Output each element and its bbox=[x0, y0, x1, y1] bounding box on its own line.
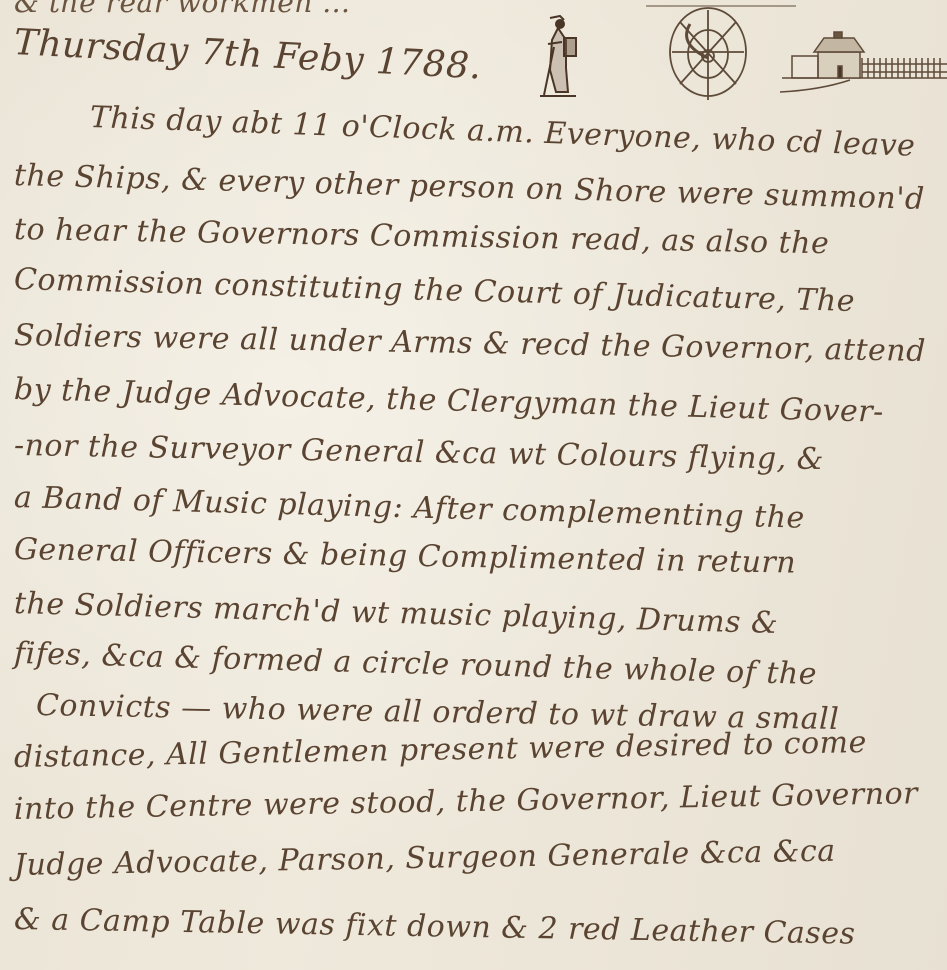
manuscript-line-6: by the Judge Advocate, the Clergyman the… bbox=[14, 372, 885, 430]
sketches-area bbox=[520, 0, 947, 110]
manuscript-line-9: General Officers & being Complimented in… bbox=[14, 532, 797, 581]
date-heading: Thursday 7th Feby 1788. bbox=[13, 22, 483, 87]
manuscript-line-8: a Band of Music playing: After complemen… bbox=[14, 480, 806, 536]
manuscript-line-4: Commission constituting the Court of Jud… bbox=[14, 262, 856, 319]
manuscript-line-3: to hear the Governors Commission read, a… bbox=[14, 212, 830, 261]
manuscript-line-2: the Ships, & every other person on Shore… bbox=[14, 158, 926, 217]
figure-with-staff-sketch bbox=[540, 16, 576, 96]
compass-wheel-sketch bbox=[646, 6, 796, 100]
manuscript-line-7: -nor the Surveyor General &ca wt Colours… bbox=[14, 428, 825, 477]
partial-top-line: & the rear workmen ... bbox=[14, 0, 350, 19]
manuscript-line-14: into the Centre were stood, the Governor… bbox=[14, 776, 919, 827]
house-with-fence-sketch bbox=[780, 32, 947, 92]
manuscript-line-16: & a Camp Table was fixt down & 2 red Lea… bbox=[14, 902, 856, 952]
manuscript-page: & the rear workmen ... Thursday 7th Feby… bbox=[0, 0, 947, 970]
manuscript-line-15: Judge Advocate, Parson, Surgeon Generale… bbox=[14, 834, 836, 883]
manuscript-line-10: the Soldiers march'd wt music playing, D… bbox=[14, 586, 779, 641]
manuscript-line-11: fifes, &ca & formed a circle round the w… bbox=[14, 636, 818, 692]
manuscript-line-13: distance, All Gentlemen present were des… bbox=[14, 725, 867, 775]
manuscript-line-5: Soldiers were all under Arms & recd the … bbox=[14, 318, 926, 369]
